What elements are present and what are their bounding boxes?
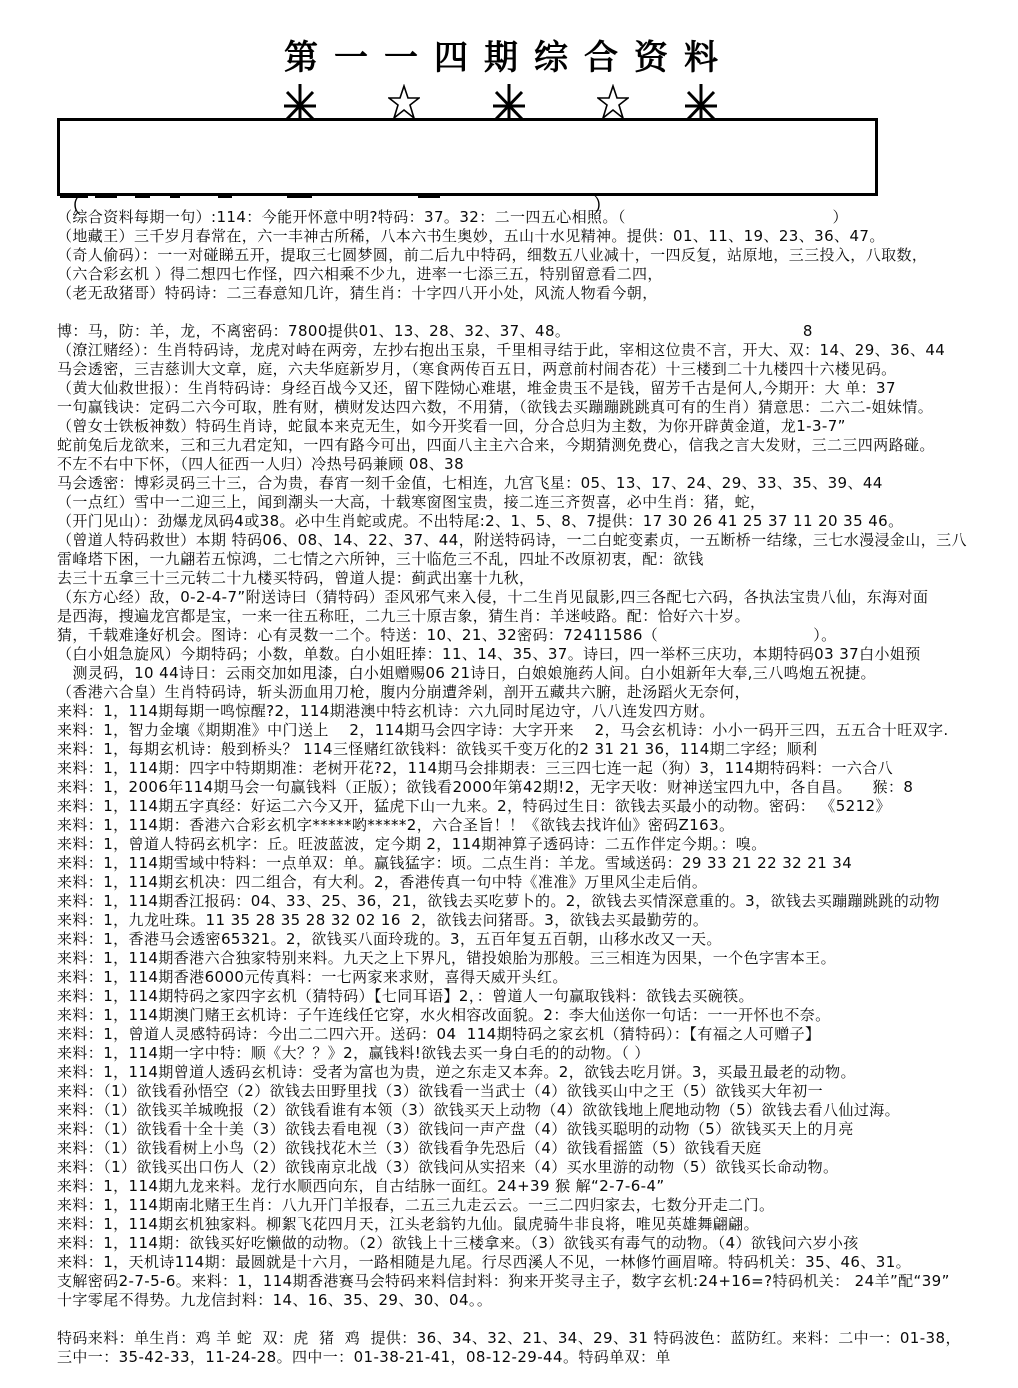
print-artifact [287, 196, 312, 198]
text-line: 来料：1，智力金壤《期期准》中门送上 2，114期马会四字诗：大字开来 2，马会… [57, 721, 1007, 740]
text-line: 雷峰塔下困，一九翩若五惊鸿，二七情之六所钟，三十临危三不乱，四址不改原初衷，配：… [57, 550, 1007, 569]
text-line: （六合彩玄机 ）得二想四七作怪，四六相乘不少九，进率一七添三五，特别留意看二四， [57, 265, 1007, 284]
text-line: 来料：（1）欲钱买羊城晚报（2）欲钱看谁有本领（3）欲钱买天上动物（4）欲欲钱地… [57, 1101, 1007, 1120]
text-line: 特码来料：单生肖：鸡 羊 蛇 双：虎 猪 鸡 提供：36、34、32、21、34… [57, 1329, 1007, 1348]
text-line: 来料：1，曾道人灵感特码诗：今出二二四六开。送码：04 114期特码之家玄机（猜… [57, 1025, 1007, 1044]
text-line: 来料：1，114期：四字中特期期准：老树开花?2，114期马会排期表：三三四七连… [57, 759, 1007, 778]
print-artifact [95, 196, 117, 198]
text-line: 去三十五拿三十三元转二十九楼买特码，曾道人提：蓟武出塞十九秋， [57, 569, 1007, 588]
text-line: 马会透密：博彩灵码三十三，合为贵，春宵一刻千金值，七相连，九宫飞星：05、13、… [57, 474, 1007, 493]
text-line: 来料：1，2006年114期马会一句赢钱料（正版）；欲钱看2000年第42期!2… [57, 778, 1007, 797]
text-line: 来料：1，114期南北赌王生肖：八九开门羊报春，二五三九走云云。一三二四归家去，… [57, 1196, 1007, 1215]
text-line: 来料：（1）欲钱看孙悟空（2）欲钱去田野里找（3）欲钱看一当武士（4）欲钱买山中… [57, 1082, 1007, 1101]
page-title: 第一一四期综合资料 [0, 30, 1018, 79]
text-line: （潦江赌经）：生肖特码诗，龙虎对峙在两旁，左抄右抱出玉泉，千里相寻结于此，宰相这… [57, 341, 1007, 360]
text-line: 十字零尾不得势。九龙信封料：14、16、35、29、30、04。。 [57, 1291, 1007, 1310]
text-line: 来料：（1）欲钱看十全十美（3）欲钱去看电视（3）欲钱问一声产盘（4）欲钱买聪明… [57, 1120, 1007, 1139]
text-line: 来料：1，114期每期一鸣惊醒?2，114期港澳中特玄机诗：六九同时尾边守，八八… [57, 702, 1007, 721]
print-artifact [170, 196, 180, 198]
text-line: 支解密码2-7-5-6。来料：1，114期香港赛马会特码来料信封料：狗来开奖寻主… [57, 1272, 1007, 1291]
text-line: （地藏王）三千岁月春常在，六一丰神古所稀，八本六书生奥妙，五山十水见精神。提供：… [57, 227, 1007, 246]
text-line: 来料：1，香港马会透密65321。2，欲钱买八面玲珑的。3，五百年复五百朝，山移… [57, 930, 1007, 949]
text-line: 不左不右中下怀，（四人征西一人归）冷热号码兼顾 08、38 [57, 455, 1007, 474]
text-line: 一句赢钱诀：定码二六今可取，胜有财，横财发达四六数，不用猜，（欲钱去买蹦蹦跳跳真… [57, 398, 1007, 417]
print-artifact [418, 196, 440, 198]
text-line: 来料：1，114期一字中特：顺《大？？》2，赢钱料!欲钱去买一身白毛的的动物。（… [57, 1044, 1007, 1063]
text-line: 测灵码，10 44诗日：云雨交加如甩漆，白小姐赠赐06 21诗日，白娘娘施药人间… [57, 664, 1007, 683]
text-line: （一点红）雪中一二迎三上，闻到潮头一大高，十载寒窗图宝贵，接二连三齐贺喜，必中生… [57, 493, 1007, 512]
text-line: 来料：1，九龙吐珠。11 35 28 35 28 32 02 16 2，欲钱去问… [57, 911, 1007, 930]
text-line: 来料：1，114期：香港六合彩玄机字*****哟*****2，六合圣旨！！《欲钱… [57, 816, 1007, 835]
text-line: 来料：1，114期特码之家四字玄机（猜特码）【七同耳语】2，：曾道人一句赢取钱料… [57, 987, 1007, 1006]
text-line: 三中一：35-42-33，11-24-28。四中一：01-38-21-41，08… [57, 1348, 1007, 1367]
text-line: （白小姐急旋风）今期特码；小数，单数。白小姐旺捧：11、14、35、37。诗曰，… [57, 645, 1007, 664]
blank-line [57, 303, 1007, 322]
text-line: 来料：1，114期澳门赌王玄机诗：子午连线任它穿，水火相容改面貌。2：李大仙送你… [57, 1006, 1007, 1025]
text-line: 来料：（1）欲钱买出口伤人（2）欲钱南京北战（3）欲钱问从实招来（4）买水里游的… [57, 1158, 1007, 1177]
text-line: 猜，千载难逢好机会。图诗：心有灵数一二个。特送：10、21、32密码：72411… [57, 626, 1007, 645]
text-line: 来料：1，114期九龙来料。龙行水顺西向东，自古结脉一面红。24+39 猴 解“… [57, 1177, 1007, 1196]
text-line: 博：马，防：羊，龙，不离密码：7800提供01、13、28、32、37、48。 … [57, 322, 1007, 341]
text-line: 来料：1，114期五字真经：好运二六今又开，猛虎下山一九来。2，特码过生日：欲钱… [57, 797, 1007, 816]
text-line: 来料：（1）欲钱看树上小鸟（2）欲钱找花木兰（3）欲钱看争先恐后（4）欲钱看摇篮… [57, 1139, 1007, 1158]
text-line: 来料：1，114期香港6000元传真料：一七两家来求财，喜得天威开头红。 [57, 968, 1007, 987]
lottery-info-sheet: 第一一四期综合资料 （ ） （综合资料每期一句）:114：今能开怀意中明?特码：… [0, 0, 1018, 1388]
text-line: （黄大仙救世报）：生肖特码诗：身经百战今又还，留下陛恸心难堪，堆金贵玉不是钱，留… [57, 379, 1007, 398]
text-line: 马会透密，三吉慈训大文章，庭，六夫华庭新岁月，（寒食两传百五日，两意前村闹杏花）… [57, 360, 1007, 379]
text-line: 来料：1，天机诗114期：最圆就是十六月，一路相随是九尾。行尽西溪人不见，一林修… [57, 1253, 1007, 1272]
body-text: （综合资料每期一句）:114：今能开怀意中明?特码：37。32：二一四五心相照。… [57, 208, 1007, 1367]
text-line: 来料：1，114期玄机决：四二组合，有大利。2，香港传真一句中特《准准》万里风尘… [57, 873, 1007, 892]
text-line: （香港六合皇）生肖特码诗，斩头沥血用刀枪，腹内分崩遭斧剁，剖开五藏共六腑，赴汤蹈… [57, 683, 1007, 702]
text-line: （开门见山）：劲爆龙凤码4或38。必中生肖蛇或虎。不出特尾:2、1、5、8、7提… [57, 512, 1007, 531]
text-line: （曾道人特码救世）本期 特码06、08、14、22、37、44，附送特码诗，一二… [57, 531, 1007, 550]
print-artifact [218, 196, 232, 198]
text-line: 来料：1，114期香江报码：04、33、25、36，21，欲钱去买吃萝卜的。2，… [57, 892, 1007, 911]
text-line: （东方心经）敌，0-2-4-7”附送诗曰（猜特码）歪风邪气来入侵，十二生肖见鼠影… [57, 588, 1007, 607]
text-line: 是西海，搜遍龙宫都是宝，一来一往五称旺，二九三十原吉象，猜生肖：羊迷岐路。配：恰… [57, 607, 1007, 626]
text-line: 来料：1，114期雪域中特料：一点单双：单。赢钱猛字：顷。二点生肖：羊龙。雪域送… [57, 854, 1007, 873]
text-line: 来料：1，114期曾道人透码玄机诗：受者为富也为贵，逆之东走又本奔。2，欲钱去吃… [57, 1063, 1007, 1082]
text-line: （老无敌猪哥）特码诗：二三春意知几许，猜生肖：十字四八开小处，风流人物看今朝， [57, 284, 1007, 303]
print-artifact [135, 196, 150, 198]
blank-line [57, 1310, 1007, 1329]
text-line: 蛇前兔后龙欲来，三和三九君定知，一四有路今可出，四面八主主六合来，今期猜测免费心… [57, 436, 1007, 455]
text-line: （曾女士铁板神数）特码生肖诗，蛇鼠本来克无生，如今开奖看一回，分合总归为主数，为… [57, 417, 1007, 436]
text-line: 来料：1，114期玄机独家料。柳絮飞花四月天，江头老翁钓九仙。鼠虎骑牛非良将，唯… [57, 1215, 1007, 1234]
text-line: 来料：1，每期玄机诗：般到桥头？ 114三怪赌红欲钱料：欲钱买千变万化的2 31… [57, 740, 1007, 759]
text-line: （奇人偷码）：一一对碰睇五开，提取三七圆梦圆，前二后九中特码，细数五八业减十，一… [57, 246, 1007, 265]
text-line: 来料：1，114期香港六合独家特别来料。九天之上下界凡，错投娘胎为那般。三三相连… [57, 949, 1007, 968]
text-line: 来料：1，114期：欲钱买好吃懒做的动物。（2）欲钱上十三楼拿来。（3）欲钱买有… [57, 1234, 1007, 1253]
text-line: 来料：1，曾道人特码玄机字：丘。旺波蓝波，定今期 2，114期神算子透码诗：二五… [57, 835, 1007, 854]
text-line: （综合资料每期一句）:114：今能开怀意中明?特码：37。32：二一四五心相照。… [57, 208, 1007, 227]
banner-box [57, 118, 878, 196]
